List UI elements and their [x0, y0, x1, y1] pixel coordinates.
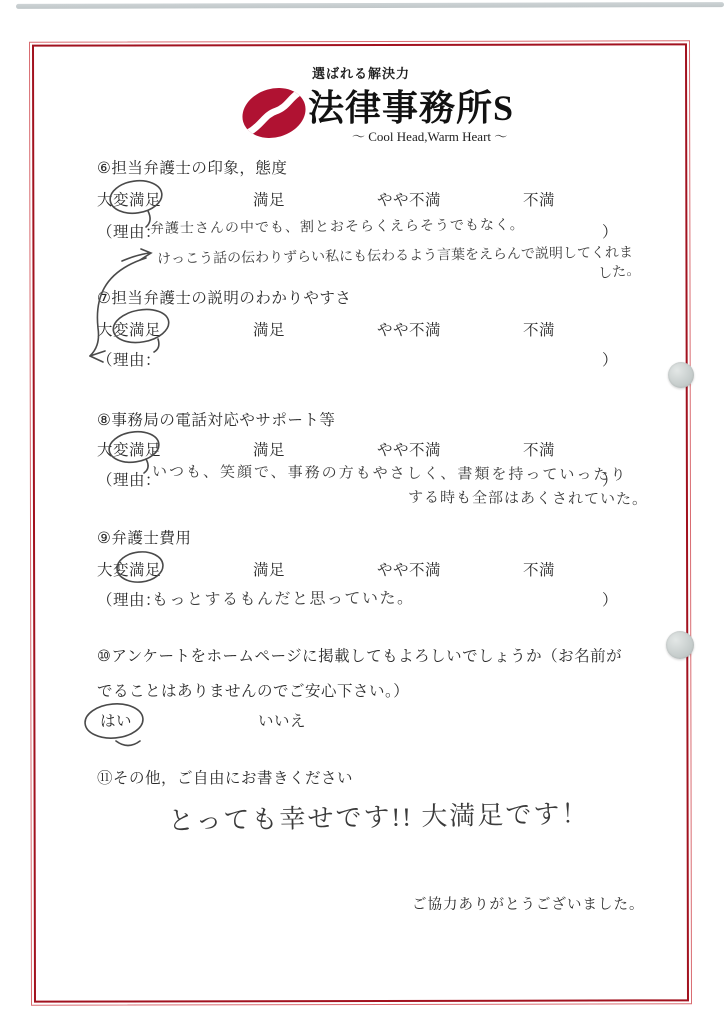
thank-you-note: ご協力ありがとうございました。	[412, 893, 645, 914]
option-very-satisfied: 大変満足	[97, 188, 161, 210]
option-yes: はい	[100, 709, 132, 731]
handwritten-reason-q8-line1: いつも、笑顔で、事務の方もやさしく、書類を持っていったり	[152, 460, 628, 484]
option-somewhat-dissatisfied: やや不満	[377, 438, 441, 460]
option-somewhat-dissatisfied: やや不満	[377, 188, 441, 210]
question-9-ratings: 大変満足 満足 やや不満 不満	[97, 558, 629, 578]
scanned-survey-page: { "logo": { "tagline_top": "選ばれる解決力", "n…	[0, 0, 724, 1024]
question-6-title: ⑥担当弁護士の印象，態度	[97, 156, 629, 178]
question-11-title: ⑪その他，ご自由にお書きください	[97, 766, 629, 788]
question-10-line2: でることはありませんのでご安心下さい。）	[97, 679, 629, 701]
reason-close-paren: ）	[602, 348, 618, 370]
question-8-title: ⑧事務局の電話対応やサポート等	[97, 408, 629, 430]
option-very-satisfied: 大変満足	[97, 558, 161, 580]
scanner-edge-artifact	[16, 2, 724, 9]
option-satisfied: 満足	[253, 438, 285, 460]
option-satisfied: 満足	[253, 558, 285, 580]
reason-close-paren: ）	[602, 588, 618, 610]
handwritten-answer-q11: とっても幸せです!! 大満足です！	[168, 793, 590, 837]
logo-name: 法律事務所S	[308, 80, 514, 131]
question-7-title: ⑦担当弁護士の説明のわかりやすさ	[97, 286, 629, 308]
question-8-ratings: 大変満足 満足 やや不満 不満	[97, 438, 629, 458]
option-dissatisfied: 不満	[523, 438, 555, 460]
option-dissatisfied: 不満	[523, 318, 555, 340]
logo-tagline-bottom: ～ Cool Head,Warm Heart ～	[352, 126, 507, 145]
handwritten-reason-q8-line2: する時も全部はあくされていた。	[408, 486, 648, 509]
question-10-line1: ⑩アンケートをホームページに掲載してもよろしいでしょうか（お名前が	[97, 644, 629, 666]
logo-s-mark-icon	[240, 83, 308, 143]
question-6-ratings: 大変満足 満足 やや不満 不満	[97, 188, 629, 208]
question-7-reason-row: （理由： ）	[97, 348, 629, 370]
option-very-satisfied: 大変満足	[97, 438, 161, 460]
option-somewhat-dissatisfied: やや不満	[377, 558, 441, 580]
question-9-title: ⑨弁護士費用	[97, 526, 629, 548]
option-satisfied: 満足	[253, 188, 285, 210]
option-no: いいえ	[258, 709, 306, 731]
option-somewhat-dissatisfied: やや不満	[377, 318, 441, 340]
reason-label: （理由：	[97, 352, 161, 369]
option-dissatisfied: 不満	[523, 558, 555, 580]
option-dissatisfied: 不満	[523, 188, 555, 210]
punch-hole-top	[668, 362, 694, 388]
option-satisfied: 満足	[253, 318, 285, 340]
decorative-red-border	[29, 40, 692, 1005]
handwritten-reason-q9-line1: もっとするもんだと思っていた。	[152, 585, 415, 610]
reason-close-paren: ）	[602, 220, 618, 242]
question-7-ratings: 大変満足 満足 やや不満 不満	[97, 318, 629, 338]
punch-hole-bottom	[666, 631, 694, 659]
option-very-satisfied: 大変満足	[97, 318, 161, 340]
question-10-options: はい いいえ	[97, 709, 629, 731]
handwritten-reason-q6-line1: 弁護士さんの中でも、割とおそらくえらそうでもなく。	[150, 214, 525, 238]
